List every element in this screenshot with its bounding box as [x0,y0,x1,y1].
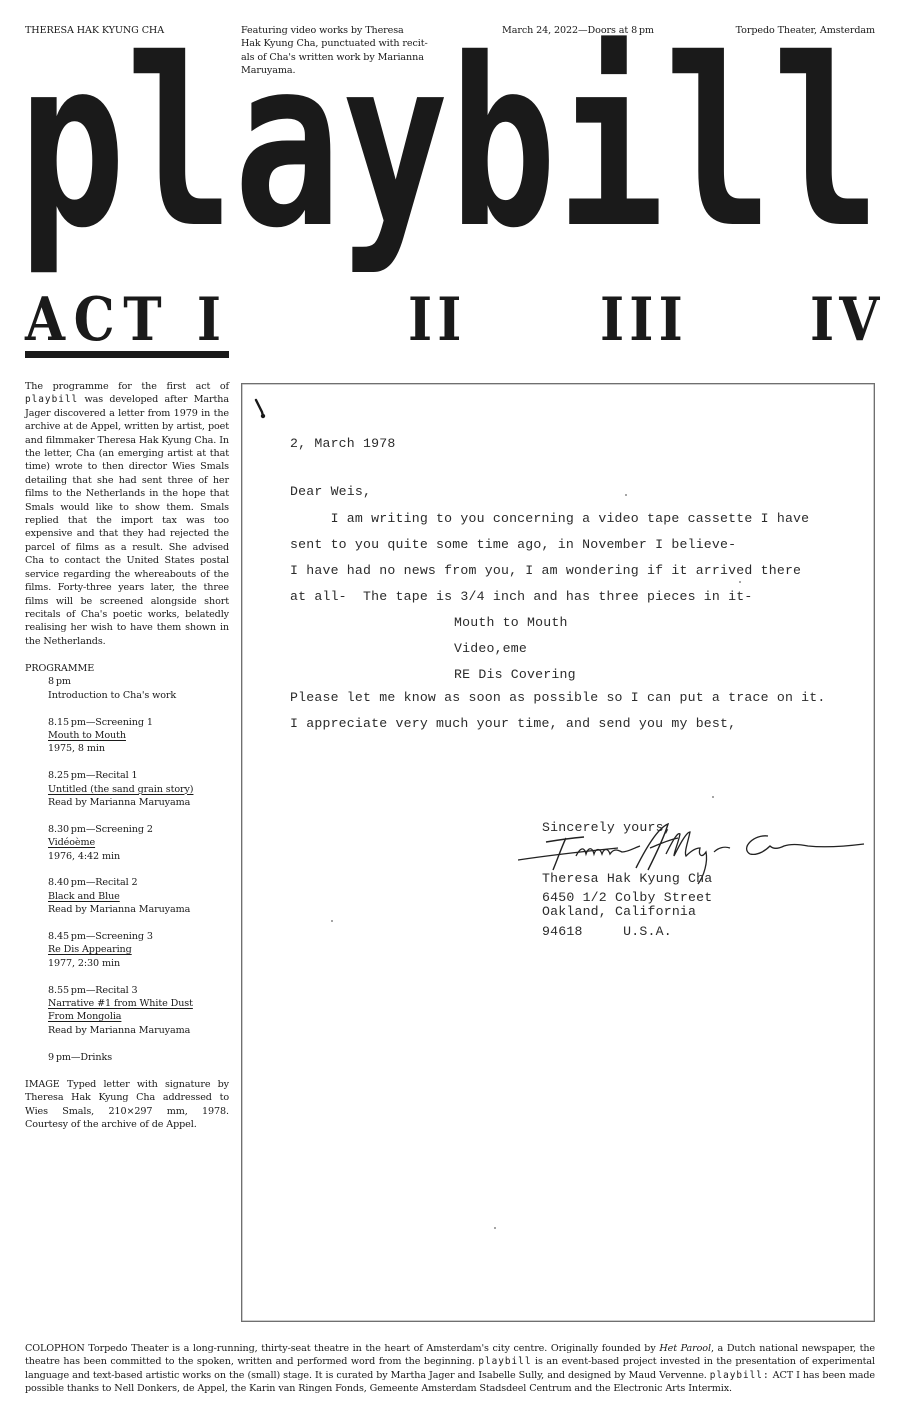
letter-greeting: Dear Weis, [290,484,371,499]
programme-detail: Read by Marianna Maruyama [48,903,235,916]
intro-paragraph: The programme for the first act of playb… [25,380,229,648]
intro-lead: The programme for the first act of [25,381,229,392]
image-caption: IMAGE Typed letter with signature by The… [25,1078,229,1132]
programme-item: 8.55 pm—Recital 3 Narrative #1 from Whit… [48,984,235,1038]
programme-detail: Read by Marianna Maruyama [48,1024,235,1037]
programme-item: 8.45 pm—Screening 3 Re Dis Appearing 197… [48,930,235,970]
letter-date: 2, March 1978 [290,436,395,451]
colophon-newspaper: Het Parool [659,1343,711,1354]
programme-item: 8.25 pm—Recital 1 Untitled (the sand gra… [48,769,235,809]
programme-title-link[interactable]: Vidéoème [48,836,235,849]
programme-detail: 1977, 2:30 min [48,957,235,970]
programme-detail: 1975, 8 min [48,742,235,755]
title-wordmark: playbill [18,10,888,290]
programme-time: 8.45 pm—Screening 3 [48,930,235,943]
programme-time: 8.30 pm—Screening 2 [48,823,235,836]
programme-title-link[interactable]: Narrative #1 from White Dust [48,997,235,1010]
programme-detail: 1976, 4:42 min [48,850,235,863]
act-link-4[interactable]: IV [810,290,884,350]
letter-signatory-name: Theresa Hak Kyung Cha [542,871,712,886]
programme-detail: Introduction to Cha's work [48,689,235,702]
letter-body-1: I am writing to you concerning a video t… [290,506,809,610]
letter-zip-country: 94618 U.S.A. [542,924,672,939]
brand-wordmark: playbill [25,394,78,405]
act-link-3[interactable]: III [600,290,688,350]
letter-body-2: Please let me know as soon as possible s… [290,685,826,737]
programme-title-link[interactable]: Black and Blue [48,890,235,903]
ink-mark-icon [254,398,268,420]
paper-speck [712,796,714,798]
programme-time: 8.40 pm—Recital 2 [48,876,235,889]
paper-speck [331,920,333,922]
programme-time: 8.25 pm—Recital 1 [48,769,235,782]
brand-wordmark: playbill [478,1356,531,1367]
letter-pieces-list: Mouth to Mouth Video,eme RE Dis Covering [454,610,576,688]
programme-time: 9 pm—Drinks [48,1051,235,1064]
act-link-2[interactable]: II [408,290,467,350]
letter-address: 6450 1/2 Colby Street Oakland, Californi… [542,891,712,918]
title-text: playbill [18,10,880,279]
paper-speck [494,1227,496,1229]
act-current-underline [25,351,229,358]
programme-item: 8.15 pm—Screening 1 Mouth to Mouth 1975,… [48,716,235,756]
programme-list: PROGRAMME 8 pm Introduction to Cha's wor… [25,662,235,1077]
programme-title-link[interactable]: Re Dis Appearing [48,943,235,956]
brand-wordmark: playbill: [710,1370,770,1381]
programme-title-link[interactable]: From Mongolia [48,1010,235,1023]
programme-heading: PROGRAMME [25,662,235,675]
colophon: COLOPHON Torpedo Theater is a long-runni… [25,1342,875,1396]
programme-time: 8.55 pm—Recital 3 [48,984,235,997]
letter-image: 2, March 1978 Dear Weis, I am writing to… [241,383,875,1322]
paper-speck [625,494,627,496]
programme-item: 8 pm Introduction to Cha's work [48,675,235,702]
programme-item: 9 pm—Drinks [48,1051,235,1064]
programme-item: 8.30 pm—Screening 2 Vidéoème 1976, 4:42 … [48,823,235,863]
paper-speck [739,581,741,583]
intro-text: was developed after Martha Jager discove… [25,394,229,646]
page-title: playbill [18,10,888,290]
programme-detail: Read by Marianna Maruyama [48,796,235,809]
act-current[interactable]: ACT I [25,290,230,350]
programme-item: 8.40 pm—Recital 2 Black and Blue Read by… [48,876,235,916]
colophon-text: Torpedo Theater is a long-running, thirt… [88,1343,655,1354]
programme-time: 8.15 pm—Screening 1 [48,716,235,729]
programme-time: 8 pm [48,675,235,688]
colophon-label: COLOPHON [25,1343,85,1354]
programme-title-link[interactable]: Mouth to Mouth [48,729,235,742]
programme-title-link[interactable]: Untitled (the sand grain story) [48,783,235,796]
